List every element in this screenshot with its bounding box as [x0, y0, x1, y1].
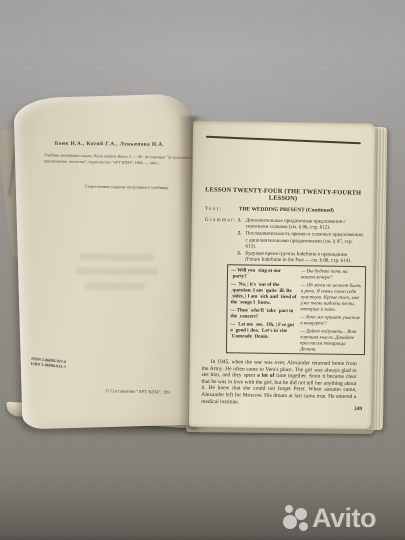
book-authors: Бонк Н.А., Котий Г.А., Лукьянова Н.А. — [55, 141, 195, 148]
book-right-page: LESSON TWENTY-FOUR (THE TWENTY-FOURTH LE… — [189, 121, 375, 430]
text-title: THE WEDDING PRESENT (Continued) — [239, 206, 367, 214]
text-label: Text: — [205, 206, 222, 212]
isbn-block: ISBN 5-86088-021-6 ISBN 5-86088-022-3 — [31, 356, 102, 373]
dialogue-line-ru: — Вы будете петь на нашем вечере? — [301, 269, 362, 282]
book-left-page: Бонк Н.А., Котий Г.А., Лукьянова Н.А. Уч… — [13, 94, 198, 430]
dialogue-line-en: — ˈLet me ˌsee. ˌOh, | I've got a ˈgood … — [230, 322, 296, 341]
dialogue-line-en: — Will you ˌsing at our ˈparty? — [231, 268, 297, 281]
ink-showthrough — [80, 253, 154, 261]
lesson-heading: LESSON TWENTY-FOUR (THE TWENTY-FOURTH LE… — [198, 186, 368, 204]
grammar-item: 1. Дополнительные придаточные предложени… — [238, 217, 364, 231]
dialogue-frame: — Will you ˌsing at our ˈparty? — ˈNo, |… — [226, 264, 366, 355]
avito-watermark: Avito — [283, 499, 401, 537]
grammar-item-text: Дополнительные придаточные предложения с… — [246, 217, 364, 231]
avito-circles-logo-icon — [283, 505, 310, 532]
paragraph-bold-phrase: a lot of — [257, 373, 274, 379]
grammar-label: Grammar: — [205, 217, 237, 223]
photo-scene: Бонк Н.А., Котий Г.А., Лукьянова Н.А. Уч… — [0, 0, 405, 540]
edition-note: Стереотипное издание популярного учебник… — [64, 183, 190, 190]
lesson-text-paragraph: In 1945, when the war was over, Alexande… — [201, 359, 357, 407]
grammar-item-text: Последовательность времен в сложных пред… — [245, 231, 363, 251]
section-rule — [206, 136, 361, 144]
page-number: 349 — [354, 406, 362, 412]
dialogue-russian-column: — Вы будете петь на нашем вечере? — Об э… — [300, 269, 362, 352]
logo-circle — [295, 508, 307, 520]
logo-circle — [285, 505, 293, 513]
grammar-item-number: 1. — [238, 217, 246, 230]
ink-showthrough — [76, 267, 158, 275]
dialogue-line-ru: — Кто же примет участие в концерте? — [300, 315, 361, 328]
dialogue-line-en: — ˈNo, | it's ˈout of the ˌquestion. I a… — [231, 282, 297, 307]
grammar-item-number: 2. — [237, 231, 245, 250]
dialogue-line-en: — Then ˈwho'll ˈtake ˈpart in the ˌconce… — [230, 308, 296, 321]
dialogue-line-ru: — Дайте подумать... Вот хорошая мысль. Д… — [300, 329, 361, 354]
grammar-item-number: 3. — [237, 250, 245, 263]
dialogue-line-ru: — Об этом не может быть и речи. Я очень … — [300, 283, 361, 314]
logo-circle — [283, 515, 297, 529]
grammar-item: 2. Последовательность времен в сложных п… — [237, 231, 363, 251]
ink-showthrough — [85, 283, 145, 290]
dialogue-english-column: — Will you ˌsing at our ˈparty? — ˈNo, |… — [230, 268, 297, 351]
grammar-item-text: Будущее время группы Indefinite в прошед… — [245, 251, 363, 265]
logo-circle — [299, 522, 308, 531]
avito-wordmark: Avito — [312, 505, 376, 532]
grammar-item: 3. Будущее время группы Indefinite в про… — [237, 250, 363, 264]
grammar-list: 1. Дополнительные придаточные предложени… — [237, 217, 364, 265]
book-colophon: Учебник английского языка. Часть первая.… — [44, 152, 194, 166]
